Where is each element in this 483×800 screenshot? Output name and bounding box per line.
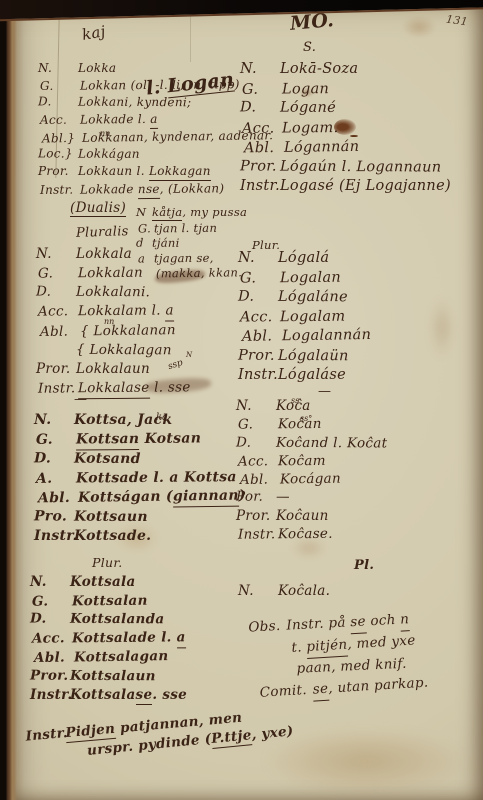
case-label: G. [138,221,154,236]
pl-label: Pl. [354,558,374,573]
paradigm-line: Abl.Logalannán [242,326,371,347]
case-label: N. [30,573,70,592]
superscript-nn-mark: nn [100,129,110,138]
ss-superscript-mark: ss [291,396,299,405]
superscript-nn-mark: nn [104,317,114,326]
case-label: Abl. [244,139,284,159]
case-label: G. [36,431,76,450]
pluralis-label: Pluralis [76,224,129,241]
word-text: { Lokkalanan [80,321,176,341]
paradigm-line: N.Koĉala. [238,583,330,599]
loka-singular-paradigm: N.Lokā-SozaG.LoganD.LóganéAcc.Logam.Abl.… [240,60,451,197]
paradigm-line: A.Kottsade l. a Kottsa [36,468,244,489]
word-text: — [276,488,290,506]
word-text: Lógaláse [278,366,346,386]
case-label: Acc. [238,452,278,471]
word-text: Kottsade l. a Kottsa [76,468,237,488]
underlined-word: Lokkalase [78,379,150,400]
word-text: . sse [152,686,187,705]
foxing-stain [402,16,436,38]
word-text: Logam. [282,119,339,139]
word-text: Lokkágan [78,146,140,163]
case-label: Abl. [40,322,80,342]
paradigm-line: N.Koĉa [236,397,387,415]
case-label: D. [30,610,70,629]
case-label: Instr. [30,686,70,705]
obs-instr-note: Obs.Instr. på se och nt. pitjén, med yxe… [248,608,427,704]
word-text: Lokkade [80,181,138,199]
paradigm-line: N.Lógalá [238,249,367,269]
case-label: N. [236,397,276,415]
background-top-edge [0,0,483,21]
paradigm-line: Acc.Kottsalade l. a [32,628,189,649]
paradigm-line: D.Lógané [240,98,451,119]
word-text: Lógannán [284,138,360,159]
case-label: Abl. [242,327,282,347]
kottsa-plural-paradigm: N.KottsalaG.KottsalanD.KottsalandaAcc.Ko… [30,573,187,705]
word-text: Logan [282,80,329,100]
paradigm-line: D.Koĉand l. Koĉat [236,433,387,452]
paradigm-line: D.Lokkalani. [36,283,189,303]
logala-plural-paradigm: N.LógaláG.LogalanD.LógaláneAcc.LogalamAb… [238,249,367,386]
word-text: Koĉala. [278,583,330,599]
word-text: Kottsaun [74,508,148,527]
paradigm-line: Instr.Lokkalase l. sse [38,378,191,399]
case-label: N. [36,245,76,264]
underlined-word: a [150,111,158,129]
separator-dash: — [318,384,331,399]
case-label: D. [34,449,74,468]
word-text: Kottsala [70,573,136,592]
plural-label: Plur. [92,555,123,570]
right-singular-label: S. [303,40,316,55]
word-text: , yxe) [251,722,295,744]
paradigm-line: D.Lógaláne [238,288,367,308]
word-text: l. [145,75,169,99]
word-text: , med yxe [347,630,416,655]
word-text: Koĉaun [276,507,329,525]
word-text: Lógané [280,99,336,119]
word-text: Instr. på [286,612,351,636]
word-text: Koĉam [278,452,326,471]
word-text: Logalam [280,307,346,327]
case-label [48,755,88,759]
case-label: D. [38,93,78,110]
case-label: N. [238,583,278,599]
paradigm-line: Loc.}Lokkágan [38,145,253,163]
word-text: Kottsalanda [70,610,165,629]
ss-superscript-mark: ss° [300,414,312,423]
case-label: G. [240,269,280,289]
paradigm-line: Acc.Logalam [240,307,369,328]
paradigm-line: Instr.Lógaláse [238,366,367,386]
paradigm-line: D.Lokkani, kyndeni; [38,93,253,111]
case-label: N. [240,60,280,80]
word-text: Lokkala [76,245,132,264]
case-label: Loc.} [38,145,78,162]
case-label: Pror. [236,507,276,525]
paradigm-line: Pror.Lokkalaun [36,360,189,379]
underlined-word: n [400,609,410,631]
underlined-word: Kottsan [76,430,140,451]
case-label: Acc. [40,112,80,129]
word-text: Kottsalan [72,591,148,610]
paradigm-line: Pror.Koĉaun [236,507,387,525]
word-text: Lokkalani. [76,283,150,302]
paradigm-line: Por.— [236,488,387,507]
case-label: D. [36,283,76,302]
paradigm-line: G.Kottsan Kotsan [36,429,244,451]
paradigm-line: Acc.Koĉam [238,451,390,471]
case-label: Instr. [34,527,74,546]
paradigm-line: N.Lokkala [36,245,189,264]
case-label: Abl. [34,649,74,668]
case-label: Comit. [259,680,307,704]
case-label: G. [32,592,72,611]
paradigm-line: Abl.Kottságan (giannan) [38,486,246,509]
paradigm-line: Instr.Koĉase. [238,524,390,544]
word-text: Kocágan [280,470,341,489]
paradigm-line: Abl.Lógannán [244,136,455,158]
paradigm-line: N.Lokā-Soza [240,60,451,80]
word-text: Logalannán [282,326,371,347]
paradigm-line: Pro.Kottsaun [34,507,242,527]
separator-dash: — [74,392,87,407]
case-label: G. [242,80,282,100]
paradigm-line: Instr.Kottsade. [34,527,242,546]
underlined-word: se [350,611,367,634]
paradigm-line: Abl.Kottsalagan [34,647,191,668]
case-label: D. [236,433,276,452]
word-text: t. [291,637,307,659]
paradigm-line: Instr.Lokkade nse, (Lokkan) [40,180,255,200]
case-label: Instr. [238,366,278,386]
case-label: Instr. [38,379,78,398]
paradigm-line: Pror.Lógalaün [238,346,367,366]
case-label: D. [238,288,278,308]
underlined-word: se [312,679,329,702]
case-label: G. [38,264,78,283]
case-label: Acc. [242,119,282,139]
paradigm-line: Acc.Lokkalam l. a [38,301,191,322]
case-label: Instr. [25,724,66,745]
word-text: Lokka [78,60,116,77]
word-text: Lokkalaun [76,360,150,379]
case-label: A. [36,470,76,489]
word-text: och [365,610,401,633]
word-text: Koĉand l. Koĉat [276,433,387,452]
case-label: Acc. [240,308,280,328]
paradigm-line: Pror.Lokkaun l. Lokkagan [38,163,253,181]
word-text: Lokkalam l. [78,302,166,322]
paradigm-line: D.Kotsand [34,449,242,469]
left-column-heading: kaj [81,22,107,44]
kottsa-singular-paradigm: N.Kottsa, JackG.Kottsan KotsanD.KotsandA… [34,411,242,546]
word-text: Kotsan [139,429,201,449]
paradigm-line: N.Kottsala [30,573,187,592]
paradigm-line: { Lokkalagan [36,341,189,361]
case-label: N [136,205,152,220]
paradigm-line: Abl.Kocágan [240,469,392,489]
case-label: Pro. [34,507,74,526]
paradigm-line: G.Logan [242,79,453,100]
underlined-word: pitjén [306,635,348,659]
word-text: Kottsala [70,686,136,705]
paradigm-line: G.Koĉan [238,415,390,435]
paradigm-line: Abl.{ Lokkalanan [40,321,193,342]
case-label: N. [238,249,278,269]
word-text: Kottságan ( [78,488,173,508]
case-label: Instr. [238,525,278,544]
case-label: N. [34,411,74,430]
word-text: Logasé (Ej Logajanne) [280,177,451,197]
underlined-word: a [177,628,186,648]
word-text: tjan l. tjan [154,221,217,237]
case-label: Acc. [38,302,78,321]
case-label: G. [238,416,278,435]
word-text: Kottsade. [74,527,151,546]
case-label: Pror. [30,666,70,685]
ka-margin-mark: ka [156,412,168,423]
paradigm-line: Abl.}Lokkanan, kyndenar, aadenar. [42,127,257,147]
word-text: Kottsalaun [70,667,156,686]
paradigm-line: G.Lokkalan [38,263,191,283]
ssp-superscript-mark: N [186,351,192,359]
paradigm-line: G.tjan l. tjan [138,220,249,236]
word-text: , (Lokkan) [160,180,225,198]
case-label: Pror. [240,157,280,177]
koca-plural-paradigm: N.Koĉala. [238,583,330,599]
word-text: Lógaún l. Logannaun [280,157,442,177]
word-text: , my pussa [182,205,247,220]
paradigm-line: N.Kottsa, Jack [34,411,242,430]
underlined-word: P.ttje [211,726,253,749]
case-label: Obs. [248,616,281,639]
word-text: Lógaláne [278,288,348,308]
case-label: G. [40,78,80,95]
case-label: Pror. [38,163,78,180]
word-text: Lokkalan [78,264,143,284]
case-label: N. [38,60,78,77]
photographed-manuscript: { "page": { "number": "131" }, "headers"… [0,0,483,800]
paradigm-line: Comit.se, utan parkap. [259,673,429,705]
pidjen-bottom-note: Instr.Pidjen patjannan, menurspr. pydind… [25,705,293,766]
crease-line [190,10,191,62]
word-text: { Lokkalagan [76,341,172,361]
underlined-word: a [165,301,174,321]
paradigm-line: D.Kottsalanda [30,610,187,630]
case-label: Pror. [238,346,278,366]
case-label: D. [240,98,280,118]
paradigm-line: Nkåtja, my pussa [136,205,247,221]
underlined-word: nse [138,181,160,199]
book-binding-strip [0,0,24,800]
case-label: Por. [236,488,276,507]
word-text: Kotsand [74,450,141,469]
word-text: Kottsalagan [74,648,169,668]
word-text: Lokkade l. [80,111,150,129]
paradigm-line: G.Logalan [240,268,369,289]
dualis-label: (Dualis) [70,200,126,217]
word-text: Lokā-Soza [280,60,358,80]
underlined-word: giannan [173,487,239,508]
word-text: Lógalaün [278,346,349,366]
paradigm-line: G.Kottsalan [32,591,189,611]
case-label: Instr. [40,182,80,199]
word-text: Koĉase. [278,525,333,544]
word-text: Lokkaun l. [78,163,149,180]
word-text: Logalan [280,268,341,288]
page-number: 131 [445,13,469,29]
case-label: Instr. [240,177,280,197]
paradigm-line: Instr.Kottsalase. sse [30,686,187,706]
underlined-word: Lokkagan [149,163,211,181]
paradigm-line: Pror.Kottsalaun [30,666,187,686]
paradigm-line: Pror.Lógaún l. Logannaun [240,157,451,178]
word-text: Kottsalade l. [72,628,177,648]
underlined-word: se [136,686,153,706]
case-label: Acc. [32,629,72,648]
case-label: Abl. [38,489,78,509]
case-label: Pror. [36,360,76,379]
word-text: Lógalá [278,249,329,269]
word-text: l. sse [149,378,190,397]
foxing-stain [428,296,456,360]
paradigm-line: Acc.Logam. [242,118,453,139]
paradigm-line: Instr.Logasé (Ej Logajanne) [240,177,451,197]
underlined-word: kåtja [152,205,182,221]
